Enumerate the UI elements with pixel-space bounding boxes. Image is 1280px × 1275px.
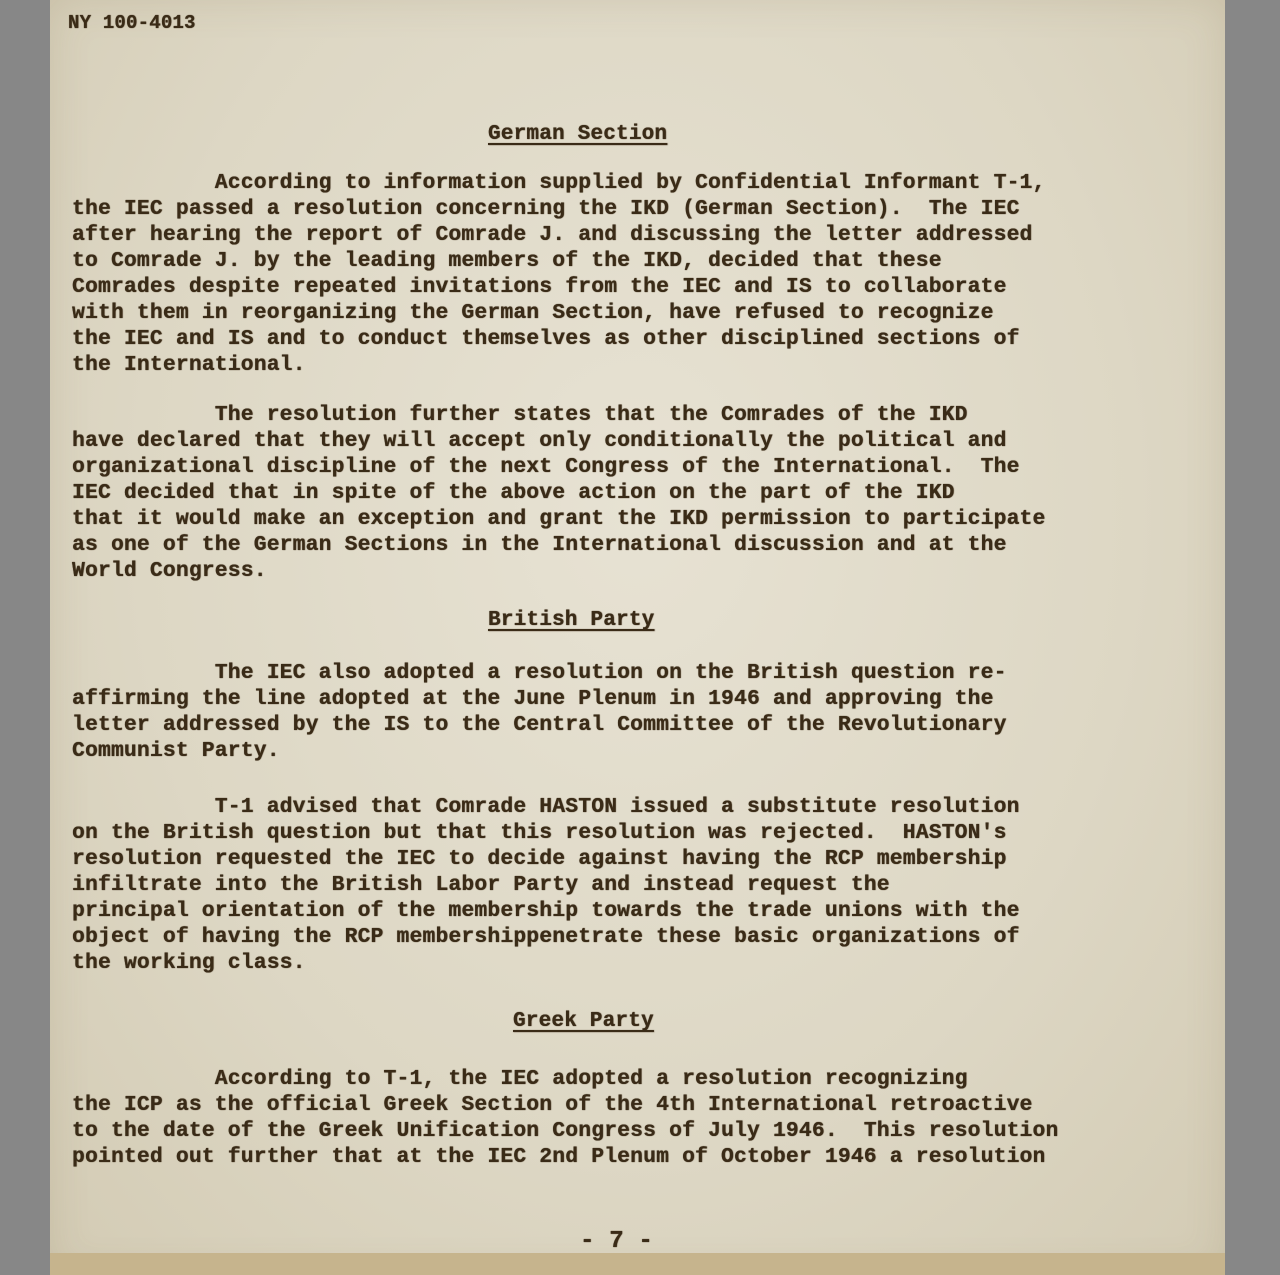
paragraph-greek-1: According to T-1, the IEC adopted a reso… — [72, 1066, 1059, 1170]
page-number: - 7 - — [580, 1228, 653, 1255]
page-bottom-edge — [50, 1253, 1225, 1275]
file-number: NY 100-4013 — [68, 12, 196, 34]
document-page: NY 100-4013 German Section According to … — [50, 0, 1225, 1275]
paragraph-german-2: The resolution further states that the C… — [72, 402, 1046, 584]
section-heading-german: German Section — [488, 123, 667, 146]
paragraph-german-1: According to information supplied by Con… — [72, 170, 1046, 378]
section-heading-greek: Greek Party — [513, 1010, 654, 1033]
paragraph-british-2: T-1 advised that Comrade HASTON issued a… — [72, 794, 1020, 976]
paragraph-british-1: The IEC also adopted a resolution on the… — [72, 660, 1007, 764]
section-heading-british: British Party — [488, 609, 654, 632]
